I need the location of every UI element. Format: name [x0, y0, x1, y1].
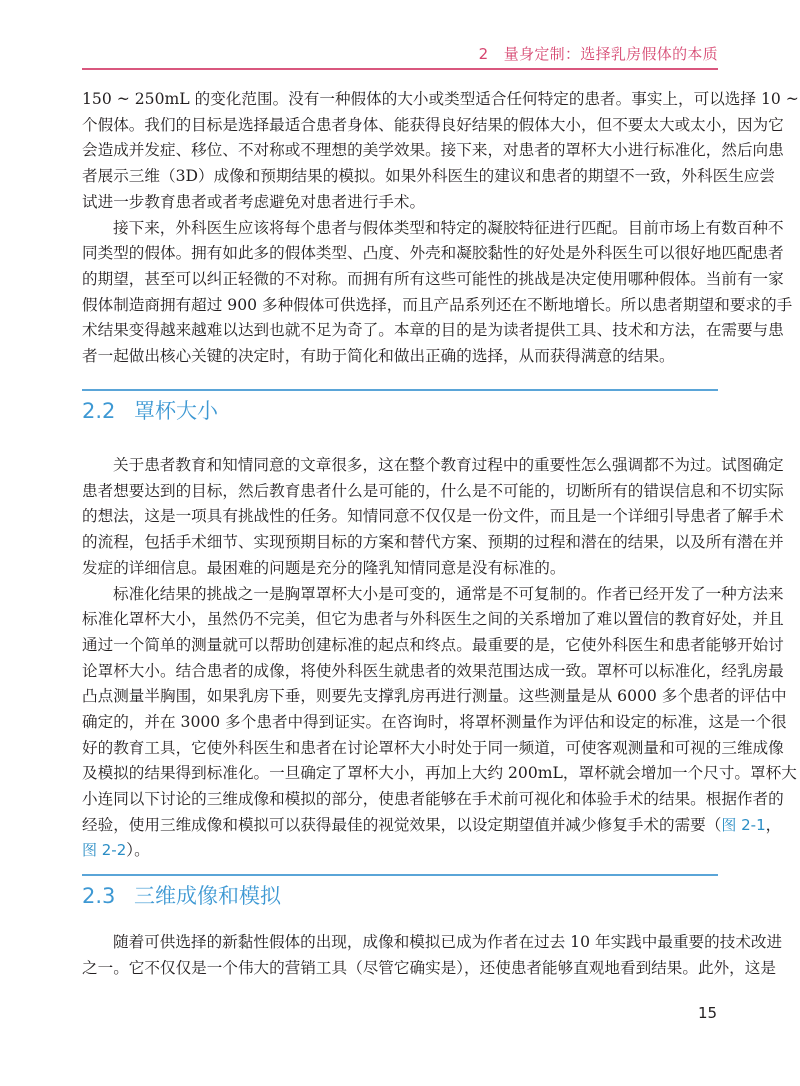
paragraph-cup-standardization: 标准化结果的挑战之一是胸罩罩杯大小是可变的，通常是不可复制的。作者已经开发了一种… [82, 582, 718, 865]
text-line: 随着可供选择的新黏性假体的出现，成像和模拟已成为作者在过去 10 年实践中最重要… [82, 930, 718, 956]
text-line: 凸点测量半胸围，如果乳房下垂，则要先支撑乳房再进行测量。这些测量是从 6000 … [82, 684, 718, 710]
figure-link-2-2[interactable]: 图 2-2 [82, 841, 126, 859]
text-line: 小连同以下讨论的三维成像和模拟的部分，使患者能够在手术前可视化和体验手术的结果。… [82, 787, 718, 813]
section-title-text: 三维成像和模拟 [134, 884, 281, 908]
text-line: 者展示三维（3D）成像和预期结果的模拟。如果外科医生的建议和患者的期望不一致，外… [82, 164, 718, 190]
text-line: 及模拟的结果得到标准化。一旦确定了罩杯大小，再加上大约 200mL，罩杯就会增加… [82, 761, 718, 787]
text-line-with-refs: 图 2-2）。 [82, 838, 718, 864]
text-line: 同类型的假体。拥有如此多的假体类型、凸度、外壳和凝胶黏性的好处是外科医生可以很好… [82, 241, 718, 267]
text-line: 患者想要达到的目标，然后教育患者什么是可能的，什么是不可能的，切断所有的错误信息… [82, 479, 718, 505]
text-line: 关于患者教育和知情同意的文章很多，这在整个教育过程中的重要性怎么强调都不为过。试… [82, 453, 718, 479]
section-2-3-heading: 2.3三维成像和模拟 [82, 874, 718, 910]
figure-link-2-1[interactable]: 图 2-1 [721, 816, 765, 834]
paragraph-3d-imaging: 随着可供选择的新黏性假体的出现，成像和模拟已成为作者在过去 10 年实践中最重要… [82, 930, 718, 981]
text-line: 假体制造商拥有超过 900 多种假体可供选择，而且产品系列还在不断地增长。所以患… [82, 293, 718, 319]
text-line: 试进一步教育患者或者考虑避免对患者进行手术。 [82, 190, 718, 216]
text-line: 确定的，并在 3000 多个患者中得到证实。在咨询时，将罩杯测量作为评估和设定的… [82, 710, 718, 736]
running-head: 2 量身定制：选择乳房假体的本质 [82, 44, 718, 70]
section-number: 2.2 [82, 397, 134, 425]
text-line: 标准化罩杯大小，虽然仍不完美，但它为患者与外科医生之间的关系增加了难以置信的教育… [82, 607, 718, 633]
text-line: 的期望，甚至可以纠正轻微的不对称。而拥有所有这些可能性的挑战是决定使用哪种假体。… [82, 267, 718, 293]
text-line: 会造成并发症、移位、不对称或不理想的美学效果。接下来，对患者的罩杯大小进行标准化… [82, 138, 718, 164]
section-2-2-heading: 2.2罩杯大小 [82, 389, 718, 425]
section-number: 2.3 [82, 882, 134, 910]
separator: ， [766, 816, 782, 834]
text-line: 者一起做出核心关键的决定时，有助于简化和做出正确的选择，从而获得满意的结果。 [82, 344, 718, 370]
running-head-text: 2 量身定制：选择乳房假体的本质 [479, 45, 718, 63]
text-line: 发症的详细信息。最困难的问题是充分的隆乳知情同意是没有标准的。 [82, 556, 718, 582]
text-line-with-refs: 经验，使用三维成像和模拟可以获得最佳的视觉效果，以设定期望值并减少修复手术的需要… [82, 813, 718, 839]
text-line: 150 ~ 250mL 的变化范围。没有一种假体的大小或类型适合任何特定的患者。… [82, 87, 718, 113]
paragraph-informed-consent: 关于患者教育和知情同意的文章很多，这在整个教育过程中的重要性怎么强调都不为过。试… [82, 453, 718, 581]
paragraph-continuation: 150 ~ 250mL 的变化范围。没有一种假体的大小或类型适合任何特定的患者。… [82, 87, 718, 215]
text-line: 的想法，这是一项具有挑战性的任务。知情同意不仅仅是一份文件，而且是一个详细引导患… [82, 504, 718, 530]
text-line: 之一。它不仅仅是一个伟大的营销工具（尽管它确实是），还使患者能够直观地看到结果。… [82, 956, 718, 982]
section-title-text: 罩杯大小 [134, 399, 218, 423]
closing-paren: ）。 [126, 841, 149, 859]
page-number: 15 [698, 1004, 717, 1022]
text-line: 论罩杯大小。结合患者的成像，将使外科医生就患者的效果范围达成一致。罩杯可以标准化… [82, 659, 718, 685]
text-line: 术结果变得越来越难以达到也就不足为奇了。本章的目的是为读者提供工具、技术和方法，… [82, 318, 718, 344]
text-line: 的流程，包括手术细节、实现预期目标的方案和替代方案、预期的过程和潜在的结果，以及… [82, 530, 718, 556]
text-line: 通过一个简单的测量就可以帮助创建标准的起点和终点。最重要的是，它使外科医生和患者… [82, 633, 718, 659]
text-line: 个假体。我们的目标是选择最适合患者身体、能获得良好结果的假体大小，但不要太大或太… [82, 113, 718, 139]
text-line: 接下来，外科医生应该将每个患者与假体类型和特定的凝胶特征进行匹配。目前市场上有数… [82, 216, 718, 242]
text-segment: 经验，使用三维成像和模拟可以获得最佳的视觉效果，以设定期望值并减少修复手术的需要… [82, 816, 721, 834]
section-title: 2.2罩杯大小 [82, 391, 718, 425]
text-line: 标准化结果的挑战之一是胸罩罩杯大小是可变的，通常是不可复制的。作者已经开发了一种… [82, 582, 718, 608]
section-title: 2.3三维成像和模拟 [82, 876, 718, 910]
paragraph-implant-matching: 接下来，外科医生应该将每个患者与假体类型和特定的凝胶特征进行匹配。目前市场上有数… [82, 216, 718, 370]
text-line: 好的教育工具，它使外科医生和患者在讨论罩杯大小时处于同一频道，可使客观测量和可视… [82, 736, 718, 762]
